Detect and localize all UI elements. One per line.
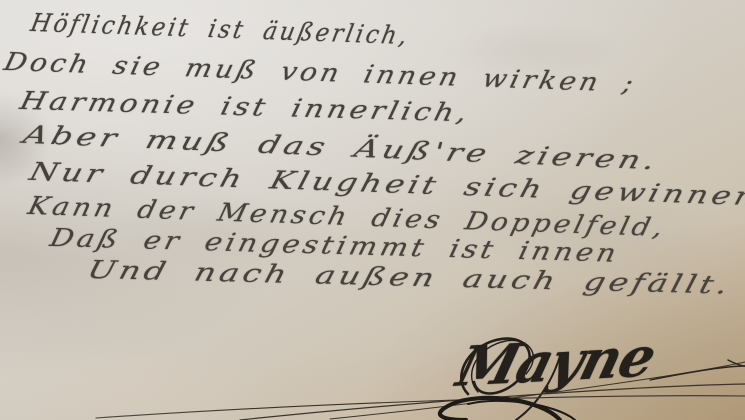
- poem-line-1: Höflichkeit ist äußerlich,: [28, 8, 412, 50]
- photographed-manuscript-page: Höflichkeit ist äußerlich, Doch sie muß …: [0, 0, 745, 420]
- poem-line-3: Harmonie ist innerlich,: [17, 86, 473, 127]
- signature: Mayne: [451, 324, 663, 399]
